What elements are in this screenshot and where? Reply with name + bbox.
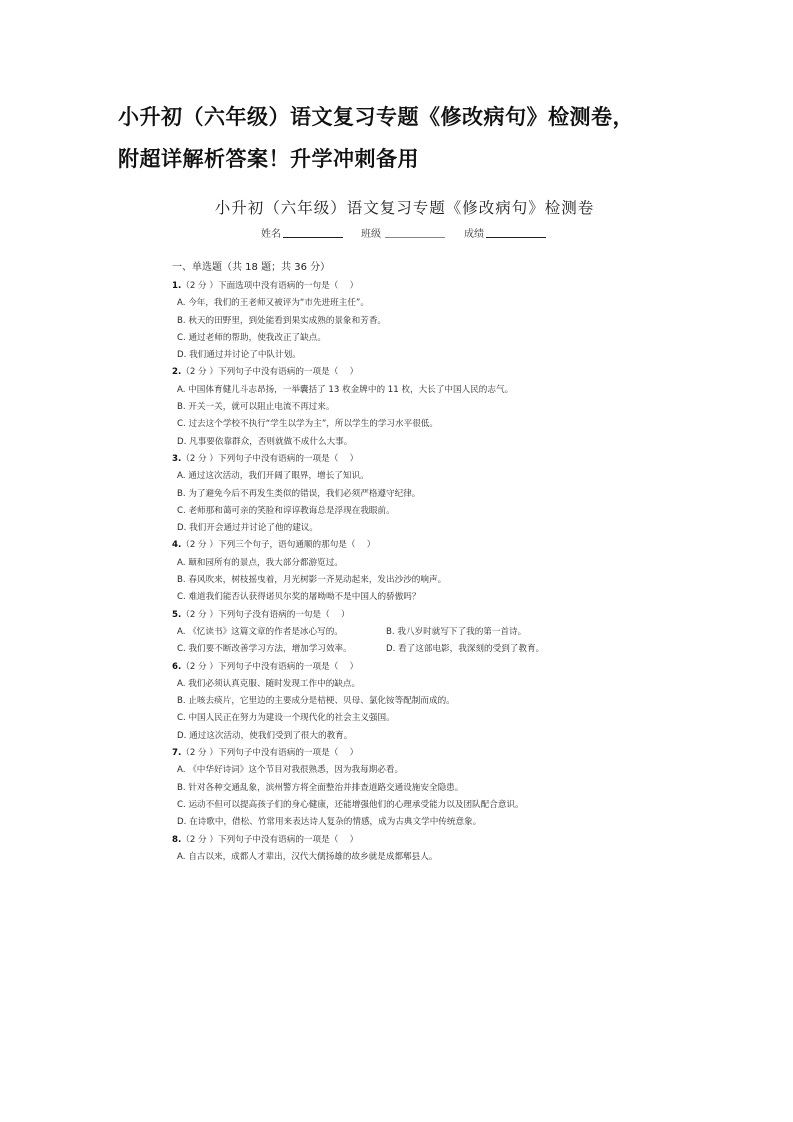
option-row: C. 我们要不断改善学习方法，增加学习效率。 D. 看了这部电影，我深刻的受到了… [172,641,612,658]
question-2: 2.（2 分 ）下列句子中没有语病的一项是（ ） A. 中国体育健儿斗志昂扬，一… [172,364,612,450]
question-stem: 8.（2 分 ）下列句子中没有语病的一项是（ ） [172,832,612,849]
headline-line-2: 附超详解析答案！升学冲刺备用 [118,138,698,180]
question-score: （2 分 ） [181,610,218,620]
name-blank-line[interactable] [283,237,343,238]
option-c[interactable]: C. 我们要不断改善学习方法，增加学习效率。 [177,641,386,658]
student-info-fields: 姓名 班级 成绩 [261,225,546,240]
option-a[interactable]: A. 中国体育健儿斗志昂扬，一举囊括了 13 枚金牌中的 11 枚，大长了中国人… [172,382,612,399]
option-a[interactable]: A. 《中华好诗词》这个节目对我很熟悉，因为我每期必看。 [172,762,612,779]
question-stem: 2.（2 分 ）下列句子中没有语病的一项是（ ） [172,364,612,381]
option-b[interactable]: B. 春风吹来，树枝摇曳着，月光树影一齐晃动起来，发出沙沙的响声。 [172,572,612,589]
option-c[interactable]: C. 通过老师的帮助，使我改正了缺点。 [172,330,612,347]
question-1: 1.（2 分 ）下面选项中没有语病的一句是（ ） A. 今年，我们的王老师又被评… [172,278,612,364]
question-score: （2 分 ） [181,662,218,672]
question-7: 7.（2 分 ）下列句子中没有语病的一项是（ ） A. 《中华好诗词》这个节目对… [172,745,612,831]
question-stem: 6.（2 分 ）下列句子中没有语病的一项是（ ） [172,659,612,676]
option-d[interactable]: D. 通过这次活动，使我们受到了很大的教育。 [172,728,612,745]
option-b[interactable]: B. 止咳去痰片，它里边的主要成分是桔梗、贝母、氯化铵等配制而成的。 [172,693,612,710]
question-stem: 4.（2 分 ）下列三个句子，语句通顺的那句是（ ） [172,537,612,554]
question-text: 下列句子中没有语病的一项是（ ） [218,367,358,377]
option-a[interactable]: A. 自古以来，成都人才辈出，汉代大儒扬雄的故乡就是成都郫县人。 [172,849,612,866]
question-text: 下列句子没有语病的一句是（ ） [218,610,350,620]
question-number: 5. [172,610,181,620]
question-6: 6.（2 分 ）下列句子中没有语病的一项是（ ） A. 我们必须认真克服、随时发… [172,659,612,745]
option-a[interactable]: A. 我们必须认真克服、随时发现工作中的缺点。 [172,676,612,693]
question-text: 下列句子中没有语病的一项是（ ） [218,835,358,845]
question-score: （2 分 ） [181,367,218,377]
name-field[interactable]: 姓名 [261,225,343,240]
paper-title: 小升初（六年级）语文复习专题《修改病句》检测卷 [16,196,793,220]
option-a[interactable]: A. 通过这次活动，我们开阔了眼界，增长了知识。 [172,468,612,485]
question-stem: 5.（2 分 ）下列句子没有语病的一句是（ ） [172,607,612,624]
name-label: 姓名 [261,225,281,240]
headline-line-1: 小升初（六年级）语文复习专题《修改病句》检测卷， [118,96,698,138]
question-text: 下列句子中没有语病的一项是（ ） [218,662,358,672]
option-c[interactable]: C. 运动不但可以提高孩子们的身心健康，还能增强他们的心理承受能力以及团队配合意… [172,797,612,814]
option-b[interactable]: B. 针对各种交通乱象，滨州警方将全面整治并排查道路交通设施安全隐患。 [172,780,612,797]
question-text: 下列三个句子，语句通顺的那句是（ ） [218,540,375,550]
question-number: 2. [172,367,181,377]
option-d[interactable]: D. 我们通过并讨论了中队计划。 [172,347,612,364]
question-number: 4. [172,540,181,550]
question-score: （2 分 ） [181,540,218,550]
question-score: （2 分 ） [181,835,218,845]
option-c[interactable]: C. 难道我们能否认获得诺贝尔奖的屠呦呦不是中国人的骄傲吗？ [172,589,612,606]
question-8: 8.（2 分 ）下列句子中没有语病的一项是（ ） A. 自古以来，成都人才辈出，… [172,832,612,867]
class-blank-line[interactable] [385,237,445,238]
question-number: 1. [172,281,181,291]
section-heading: 一、单选题（共 18 题；共 36 分） [172,258,330,273]
option-b[interactable]: B. 开关一关，就可以阻止电流不再过来。 [172,399,612,416]
option-d[interactable]: D. 看了这部电影，我深刻的受到了教育。 [386,641,595,658]
question-stem: 1.（2 分 ）下面选项中没有语病的一句是（ ） [172,278,612,295]
option-d[interactable]: D. 我们开会通过并讨论了他的建议。 [172,520,612,537]
exam-paper: 小升初（六年级）语文复习专题《修改病句》检测卷 姓名 班级 成绩 [0,196,793,220]
question-5: 5.（2 分 ）下列句子没有语病的一句是（ ） A. 《忆读书》这篇文章的作者是… [172,607,612,659]
option-a[interactable]: A. 今年，我们的王老师又被评为“市先进班主任”。 [172,295,612,312]
article-headline: 小升初（六年级）语文复习专题《修改病句》检测卷， 附超详解析答案！升学冲刺备用 [118,96,698,180]
score-label: 成绩 [464,225,484,240]
option-c[interactable]: C. 老师那和蔼可亲的笑脸和谆谆教诲总是浮现在我眼前。 [172,503,612,520]
score-blank-line[interactable] [486,237,546,238]
question-number: 3. [172,454,181,464]
class-field[interactable]: 班级 [361,225,445,240]
option-b[interactable]: B. 为了避免今后不再发生类似的错误，我们必须严格遵守纪律。 [172,486,612,503]
option-c[interactable]: C. 过去这个学校不执行“学生以学为主”，所以学生的学习水平很低。 [172,416,612,433]
option-c[interactable]: C. 中国人民正在努力为建设一个现代化的社会主义强国。 [172,710,612,727]
option-a[interactable]: A. 颐和园所有的景点，我大部分都游览过。 [172,555,612,572]
option-d[interactable]: D. 在诗歌中，借松、竹常用来表达诗人复杂的情感，成为古典文学中传统意象。 [172,814,612,831]
question-number: 8. [172,835,181,845]
question-score: （2 分 ） [181,454,218,464]
question-3: 3.（2 分 ）下列句子中没有语病的一项是（ ） A. 通过这次活动，我们开阔了… [172,451,612,537]
question-text: 下列句子中没有语病的一项是（ ） [218,454,358,464]
option-row: A. 《忆读书》这篇文章的作者是冰心写的。 B. 我八岁时就写下了我的第一首诗。 [172,624,612,641]
option-a[interactable]: A. 《忆读书》这篇文章的作者是冰心写的。 [177,624,386,641]
question-stem: 7.（2 分 ）下列句子中没有语病的一项是（ ） [172,745,612,762]
question-list: 1.（2 分 ）下面选项中没有语病的一句是（ ） A. 今年，我们的王老师又被评… [172,278,612,866]
question-text: 下面选项中没有语病的一句是（ ） [218,281,358,291]
question-text: 下列句子中没有语病的一项是（ ） [218,748,358,758]
question-score: （2 分 ） [181,281,218,291]
question-number: 7. [172,748,181,758]
option-b[interactable]: B. 我八岁时就写下了我的第一首诗。 [386,624,595,641]
score-field[interactable]: 成绩 [464,225,546,240]
question-score: （2 分 ） [181,748,218,758]
option-b[interactable]: B. 秋天的田野里，到处能看到果实成熟的景象和芳香。 [172,313,612,330]
question-4: 4.（2 分 ）下列三个句子，语句通顺的那句是（ ） A. 颐和园所有的景点，我… [172,537,612,606]
question-number: 6. [172,662,181,672]
question-stem: 3.（2 分 ）下列句子中没有语病的一项是（ ） [172,451,612,468]
class-label: 班级 [361,225,381,240]
option-d[interactable]: D. 凡事要依靠群众，否则就做不成什么大事。 [172,434,612,451]
